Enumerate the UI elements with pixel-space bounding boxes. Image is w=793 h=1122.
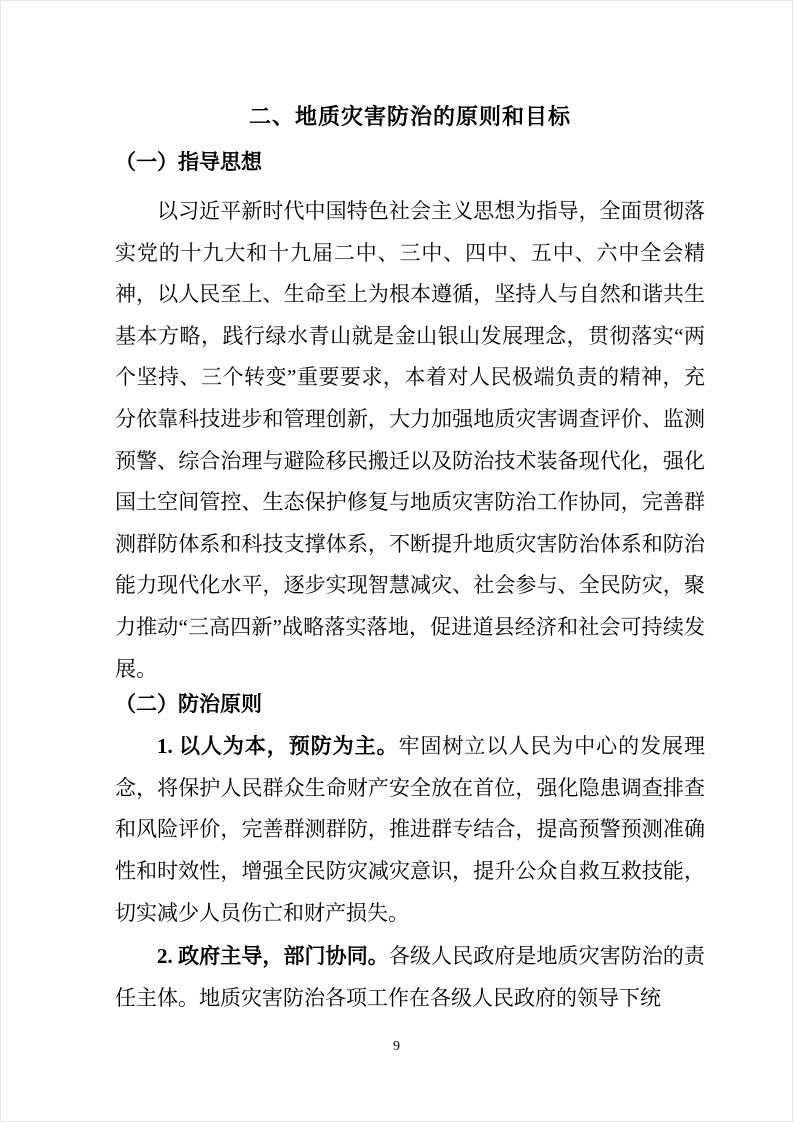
paragraph-principle-1: 1. 以人为本，预防为主。牢固树立以人民为中心的发展理念，将保护人民群众生命财产… <box>115 726 705 934</box>
document-title: 二、地质灾害防治的原则和目标 <box>115 1 705 132</box>
page-number: 9 <box>1 1039 792 1055</box>
paragraph-principle-2: 2. 政府主导，部门协同。各级人民政府是地质灾害防治的责任主体。地质灾害防治各项… <box>115 936 705 1019</box>
section-heading-guiding-ideology: （一）指导思想 <box>115 148 705 178</box>
principle-1-lead: 1. 以人为本，预防为主。 <box>157 734 399 758</box>
principle-2-lead: 2. 政府主导，部门协同。 <box>157 944 389 968</box>
page-content: 二、地质灾害防治的原则和目标 （一）指导思想 以习近平新时代中国特色社会主义思想… <box>115 1 705 1019</box>
principle-1-body: 牢固树立以人民为中心的发展理念，将保护人民群众生命财产安全放在首位，强化隐患调查… <box>115 734 705 924</box>
paragraph-guiding-ideology: 以习近平新时代中国特色社会主义思想为指导，全面贯彻落实党的十九大和十九届二中、三… <box>115 191 705 690</box>
section-heading-prevention-principles: （二）防治原则 <box>115 690 705 720</box>
document-page: 二、地质灾害防治的原则和目标 （一）指导思想 以习近平新时代中国特色社会主义思想… <box>0 0 793 1122</box>
